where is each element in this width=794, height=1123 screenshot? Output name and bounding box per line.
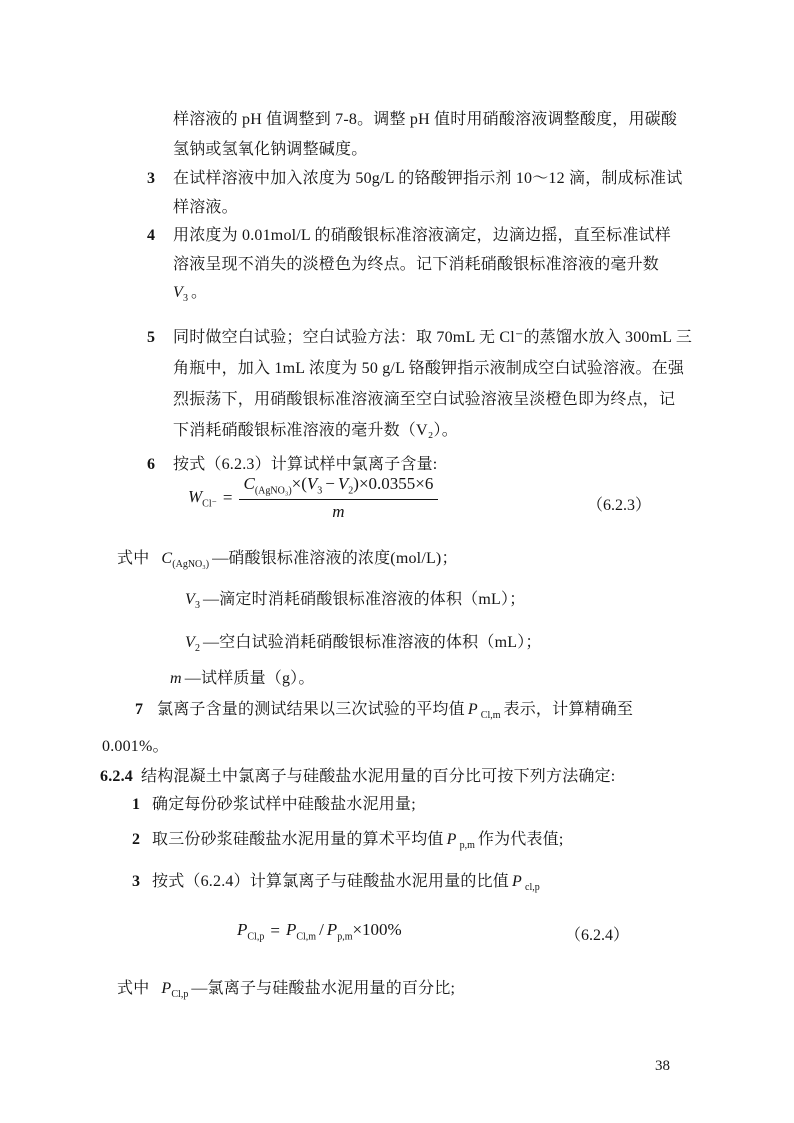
list-item-6: 6按式（6.2.3）计算试样中氯离子含量: <box>147 455 437 474</box>
section-text: 结构混凝土中氯离子与硅酸盐水泥用量的百分比可按下列方法确定: <box>141 768 615 785</box>
variable-p-subscript: p,m <box>460 840 475 851</box>
where-clause-p-clp: 式中PCl,p—氯离子与硅酸盐水泥用量的百分比; <box>117 979 458 1001</box>
item-6-text: 按式（6.2.3）计算试样中氯离子含量: <box>173 456 437 473</box>
variable-v3-subscript: 3 <box>183 293 188 304</box>
where-clause-v3: V3—滴定时消耗硝酸银标准溶液的体积（mL）； <box>185 590 528 612</box>
formula-6-2-4-rhs: PCl,m/Pp,m×100% <box>286 920 402 942</box>
variable-p-clm: P <box>286 920 296 939</box>
variable-p-subscript: cl,p <box>525 882 540 893</box>
item-6-number: 6 <box>147 455 173 474</box>
variable-v3: V <box>185 591 195 608</box>
formula-6-2-3: WCl⁻ = C(AgNO₃)×(V3−V2)×0.0355×6 m <box>188 474 438 522</box>
item-3-text: 在试样溶液中加入浓度为 50g/L 的铬酸钾指示剂 10～12 滴，制成标准试 <box>173 170 682 187</box>
document-page: 样溶液的 pH 值调整到 7-8。调整 pH 值时用硝酸溶液调整酸度，用碳酸 氢… <box>0 0 794 1123</box>
where-clause-c: 式中C(AgNO₃)—硝酸银标准溶液的浓度(mol/L)； <box>117 549 461 571</box>
variable-v2: V <box>338 474 348 493</box>
numerator-tail: )×0.0355×6 <box>353 474 433 493</box>
page-number: 38 <box>655 1058 670 1075</box>
definition-c: —硝酸银标准溶液的浓度(mol/L)； <box>212 550 458 567</box>
item-4-tail: 。 <box>191 284 207 301</box>
variable-p-pm-subscript: p,m <box>337 931 352 942</box>
division-sign: / <box>319 920 324 939</box>
sub-item-2: 2取三份砂浆硅酸盐水泥用量的算术平均值Pp,m作为代表值; <box>132 830 567 852</box>
variable-p-clp: P <box>237 920 247 939</box>
fraction-denominator: m <box>239 500 439 522</box>
times-open-paren: ×( <box>292 474 307 493</box>
definition-v3: —滴定时消耗硝酸银标准溶液的体积（mL）； <box>203 591 525 608</box>
variable-p: P <box>512 873 522 890</box>
item-7-post: 表示，计算精确至 <box>504 701 634 718</box>
list-item-7-line-2: 0.001%。 <box>102 737 169 756</box>
equals-sign: = <box>223 488 233 508</box>
list-item-4-line-1: 4用浓度为 0.01mol/L 的硝酸银标准溶液滴定，边滴边摇，直至标准试样 <box>147 226 671 245</box>
section-heading-6-2-4: 6.2.4结构混凝土中氯离子与硅酸盐水泥用量的百分比可按下列方法确定: <box>100 767 615 786</box>
variable-c: C <box>161 550 172 567</box>
variable-c-subscript: (AgNO₃) <box>172 559 209 570</box>
formula-6-2-3-label: （6.2.3） <box>587 492 651 515</box>
item-3-number: 3 <box>147 169 173 188</box>
minus-sign: − <box>325 474 335 493</box>
equals-sign: = <box>270 921 280 941</box>
variable-v3: V <box>173 284 183 301</box>
list-item-5-line-1: 5同时做空白试验；空白试验方法：取 70mL 无 Cl⁻的蒸馏水放入 300mL… <box>147 328 692 347</box>
sub-item-1-number: 1 <box>132 795 152 814</box>
variable-m: m <box>332 502 344 521</box>
variable-v2-subscript: 2 <box>195 643 200 654</box>
variable-m: m <box>170 670 182 687</box>
formula-6-2-4: PCl,p = PCl,m/Pp,m×100% <box>237 920 402 942</box>
variable-v2: V <box>185 634 195 651</box>
definition-p-clp: —氯离子与硅酸盐水泥用量的百分比; <box>191 980 455 997</box>
formula-6-2-4-label: （6.2.4） <box>565 922 629 945</box>
variable-v3-subscript: 3 <box>195 600 200 611</box>
where-label: 式中 <box>117 980 149 997</box>
item-7-pre: 氯离子含量的测试结果以三次试验的平均值 <box>157 701 465 718</box>
list-item-4-line-2: 溶液呈现不消失的淡橙色为终点。记下消耗硝酸银标准溶液的毫升数 <box>173 255 659 274</box>
variable-c: C <box>244 474 255 493</box>
variable-w-subscript: Cl⁻ <box>202 498 217 509</box>
variable-v3: V <box>307 474 317 493</box>
list-item-4-line-3: V3。 <box>173 283 210 305</box>
definition-v2: —空白试验消耗硝酸银标准溶液的体积（mL）； <box>203 634 542 651</box>
variable-p-clp-subscript: Cl,p <box>171 989 188 1000</box>
paragraph-continuation-line-2: 氢钠或氢氧化钠调整碱度。 <box>173 140 367 159</box>
where-clause-m: m—试样质量（g）。 <box>170 669 318 688</box>
item-5-number: 5 <box>147 328 173 347</box>
variable-v3-subscript: 3 <box>317 485 322 496</box>
variable-w: W <box>188 487 202 506</box>
item-4-number: 4 <box>147 226 173 245</box>
variable-c-subscript: (AgNO₃) <box>255 485 292 496</box>
paragraph-continuation-line-1: 样溶液的 pH 值调整到 7-8。调整 pH 值时用硝酸溶液调整酸度，用碳酸 <box>173 110 677 129</box>
where-label: 式中 <box>117 550 149 567</box>
list-item-5-line-4: 下消耗硝酸银标准溶液的毫升数（V₂）。 <box>173 421 458 440</box>
formula-6-2-4-tail: ×100% <box>352 920 401 939</box>
sub-item-2-post: 作为代表值; <box>478 831 564 848</box>
item-7-number: 7 <box>135 700 157 719</box>
section-number: 6.2.4 <box>100 768 133 785</box>
sub-item-3-number: 3 <box>132 872 152 891</box>
variable-p-clp-subscript: Cl,p <box>247 931 264 942</box>
sub-item-3-pre: 按式（6.2.4）计算氯离子与硅酸盐水泥用量的比值 <box>152 873 509 890</box>
definition-m: —试样质量（g）。 <box>185 670 315 687</box>
variable-p-pm: P <box>327 920 337 939</box>
list-item-5-line-2: 角瓶中，加入 1mL 浓度为 50 g/L 铬酸钾指示液制成空白试验溶液。在强 <box>173 359 684 378</box>
variable-p: P <box>468 701 478 718</box>
sub-item-1: 1确定每份砂浆试样中硅酸盐水泥用量; <box>132 795 416 814</box>
item-5-text: 同时做空白试验；空白试验方法：取 70mL 无 Cl⁻的蒸馏水放入 300mL … <box>173 329 692 346</box>
variable-p-clm-subscript: Cl,m <box>296 931 316 942</box>
formula-6-2-3-lhs: WCl⁻ <box>188 487 217 509</box>
list-item-3-line-1: 3在试样溶液中加入浓度为 50g/L 的铬酸钾指示剂 10～12 滴，制成标准试 <box>147 169 682 188</box>
sub-item-1-text: 确定每份砂浆试样中硅酸盐水泥用量; <box>152 796 416 813</box>
fraction: C(AgNO₃)×(V3−V2)×0.0355×6 m <box>239 474 439 522</box>
where-clause-v2: V2—空白试验消耗硝酸银标准溶液的体积（mL）； <box>185 633 545 655</box>
list-item-5-line-3: 烈振荡下，用硝酸银标准溶液滴至空白试验溶液呈淡橙色即为终点，记 <box>173 390 675 409</box>
variable-p: P <box>447 831 457 848</box>
variable-p-clp: P <box>161 980 171 997</box>
fraction-numerator: C(AgNO₃)×(V3−V2)×0.0355×6 <box>239 474 439 500</box>
item-4-text: 用浓度为 0.01mol/L 的硝酸银标准溶液滴定，边滴边摇，直至标准试样 <box>173 227 671 244</box>
list-item-7-line-1: 7氯离子含量的测试结果以三次试验的平均值PCl,m表示，计算精确至 <box>135 700 636 722</box>
list-item-3-line-2: 样溶液。 <box>173 198 238 217</box>
variable-p-subscript: Cl,m <box>481 710 501 721</box>
sub-item-3: 3按式（6.2.4）计算氯离子与硅酸盐水泥用量的比值Pcl,p <box>132 872 540 894</box>
sub-item-2-pre: 取三份砂浆硅酸盐水泥用量的算术平均值 <box>152 831 444 848</box>
sub-item-2-number: 2 <box>132 830 152 849</box>
formula-6-2-4-lhs: PCl,p <box>237 920 264 942</box>
